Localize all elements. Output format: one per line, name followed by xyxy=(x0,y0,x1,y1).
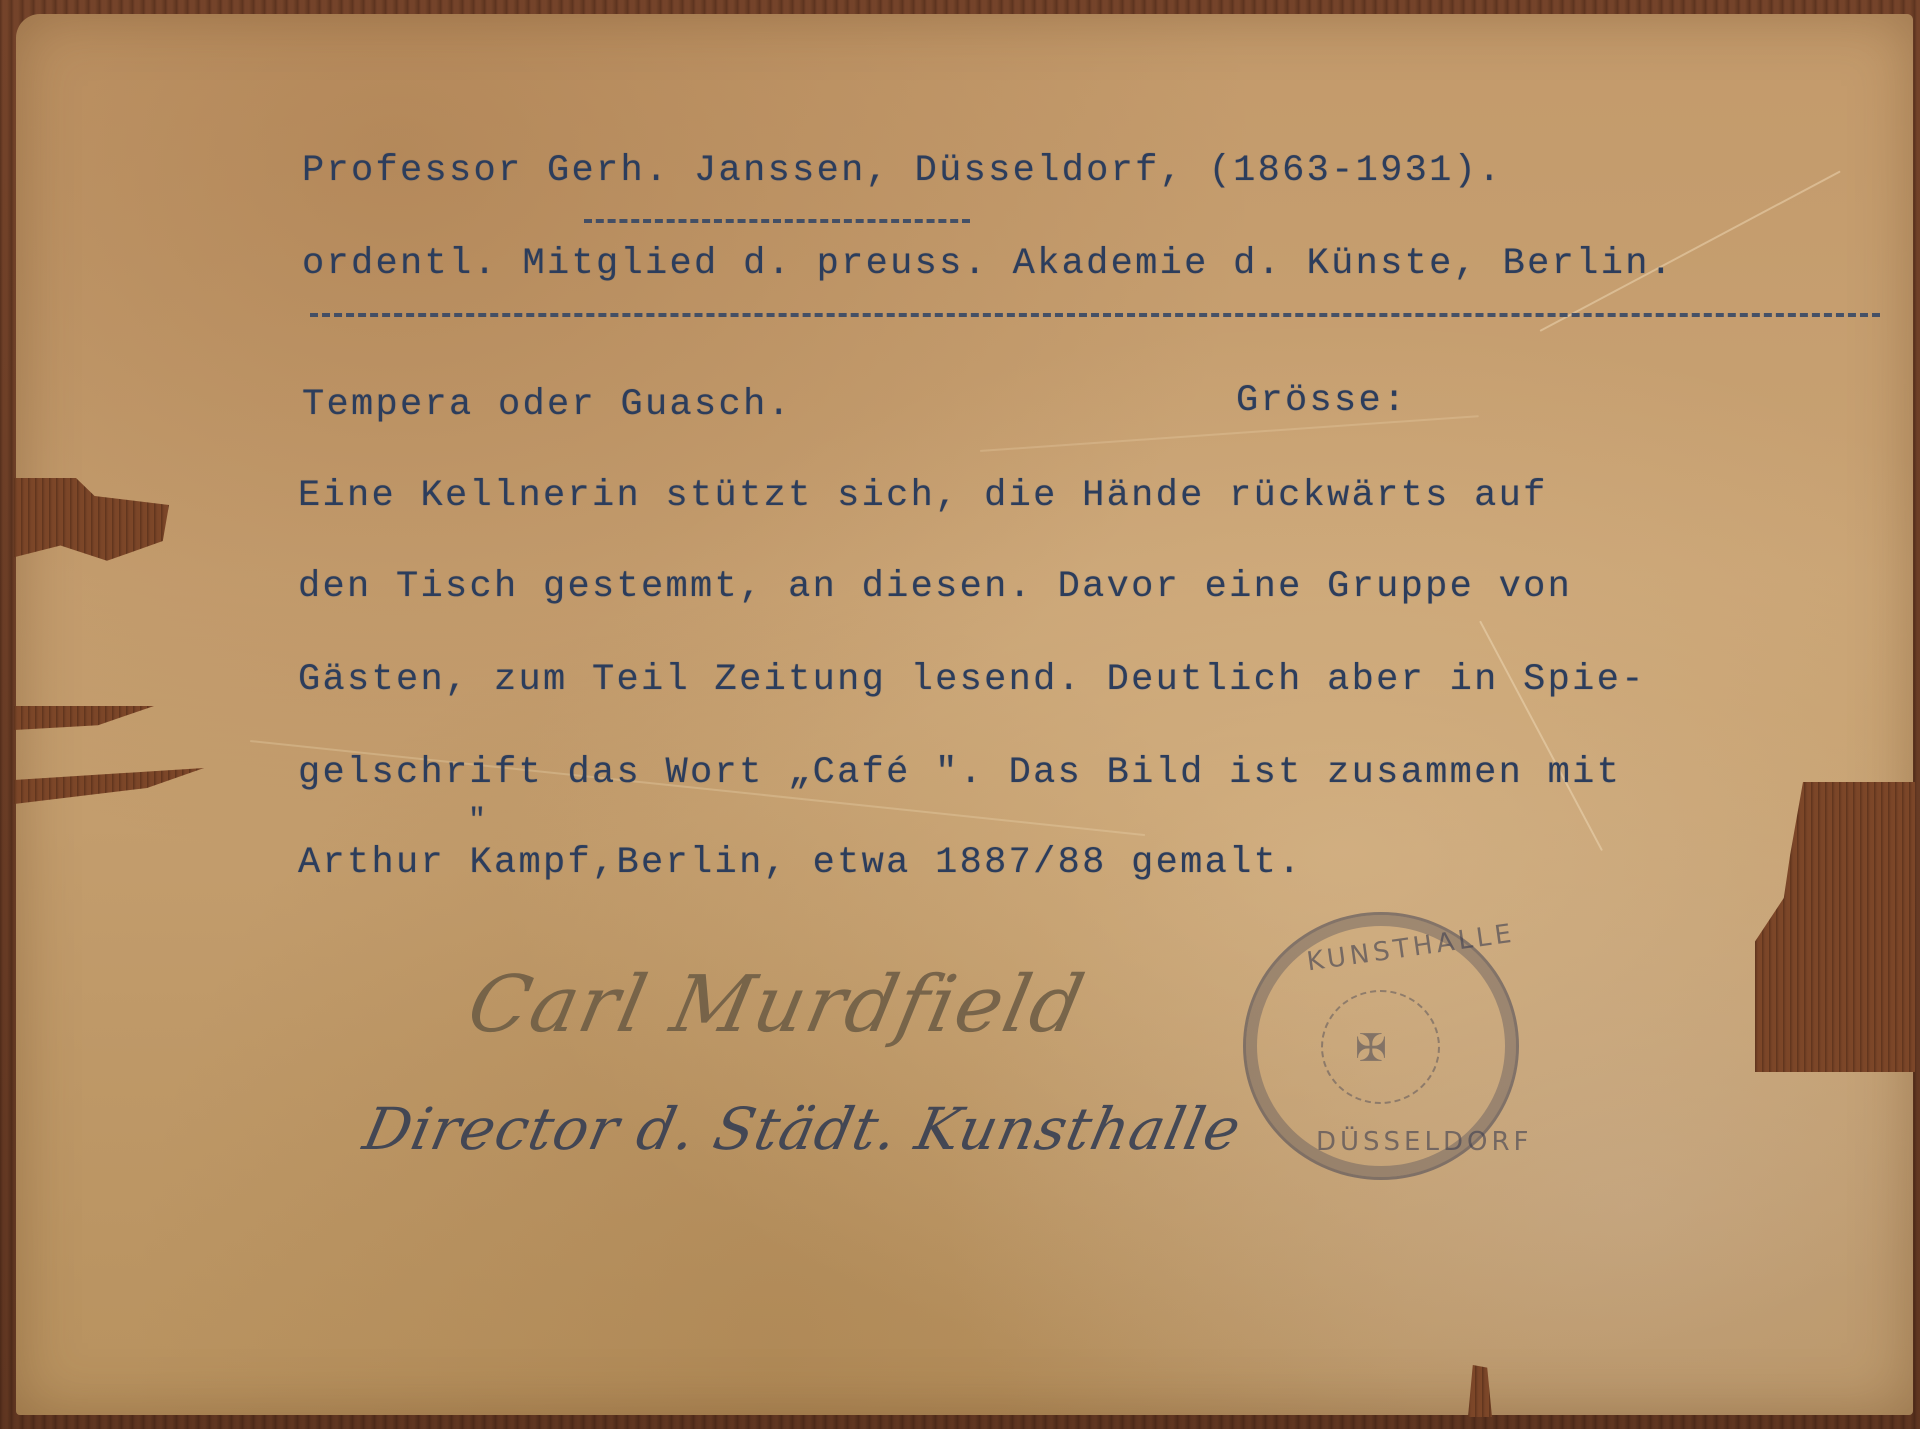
stamp-bottom-text: DÜSSELDORF xyxy=(1316,1127,1532,1157)
description-line-3: Gästen, zum Teil Zeitung lesend. Deutlic… xyxy=(298,659,1646,701)
description-line-5: Arthur Kampf,Berlin, etwa 1887/88 gemalt… xyxy=(298,842,1303,884)
eagle-crest-icon: ✠ xyxy=(1356,1015,1386,1077)
paper-label xyxy=(16,14,1913,1415)
stamp-top-text: KUNSTHALLE xyxy=(1305,919,1517,978)
header-artist-line: Professor Gerh. Janssen, Düsseldorf, (18… xyxy=(302,150,1503,192)
kunsthalle-stamp: KUNSTHALLE ✠ DÜSSELDORF xyxy=(1243,912,1519,1180)
ditto-mark: " xyxy=(468,804,488,838)
signature-title: Director d. Städt. Kunsthalle xyxy=(358,1095,1248,1163)
underline-artist-name xyxy=(584,219,970,223)
separator-line xyxy=(310,313,1880,317)
description-line-1: Eine Kellnerin stützt sich, die Hände rü… xyxy=(298,475,1548,517)
size-label: Grösse: xyxy=(1236,380,1408,422)
signature-name: Carl Murdfield xyxy=(460,960,1093,1050)
description-line-4: gelschrift das Wort „Café ". Das Bild is… xyxy=(298,752,1621,794)
description-line-2: den Tisch gestemmt, an diesen. Davor ein… xyxy=(298,566,1572,608)
medium-text: Tempera oder Guasch. xyxy=(302,384,792,426)
header-academy-line: ordentl. Mitglied d. preuss. Akademie d.… xyxy=(302,243,1674,285)
